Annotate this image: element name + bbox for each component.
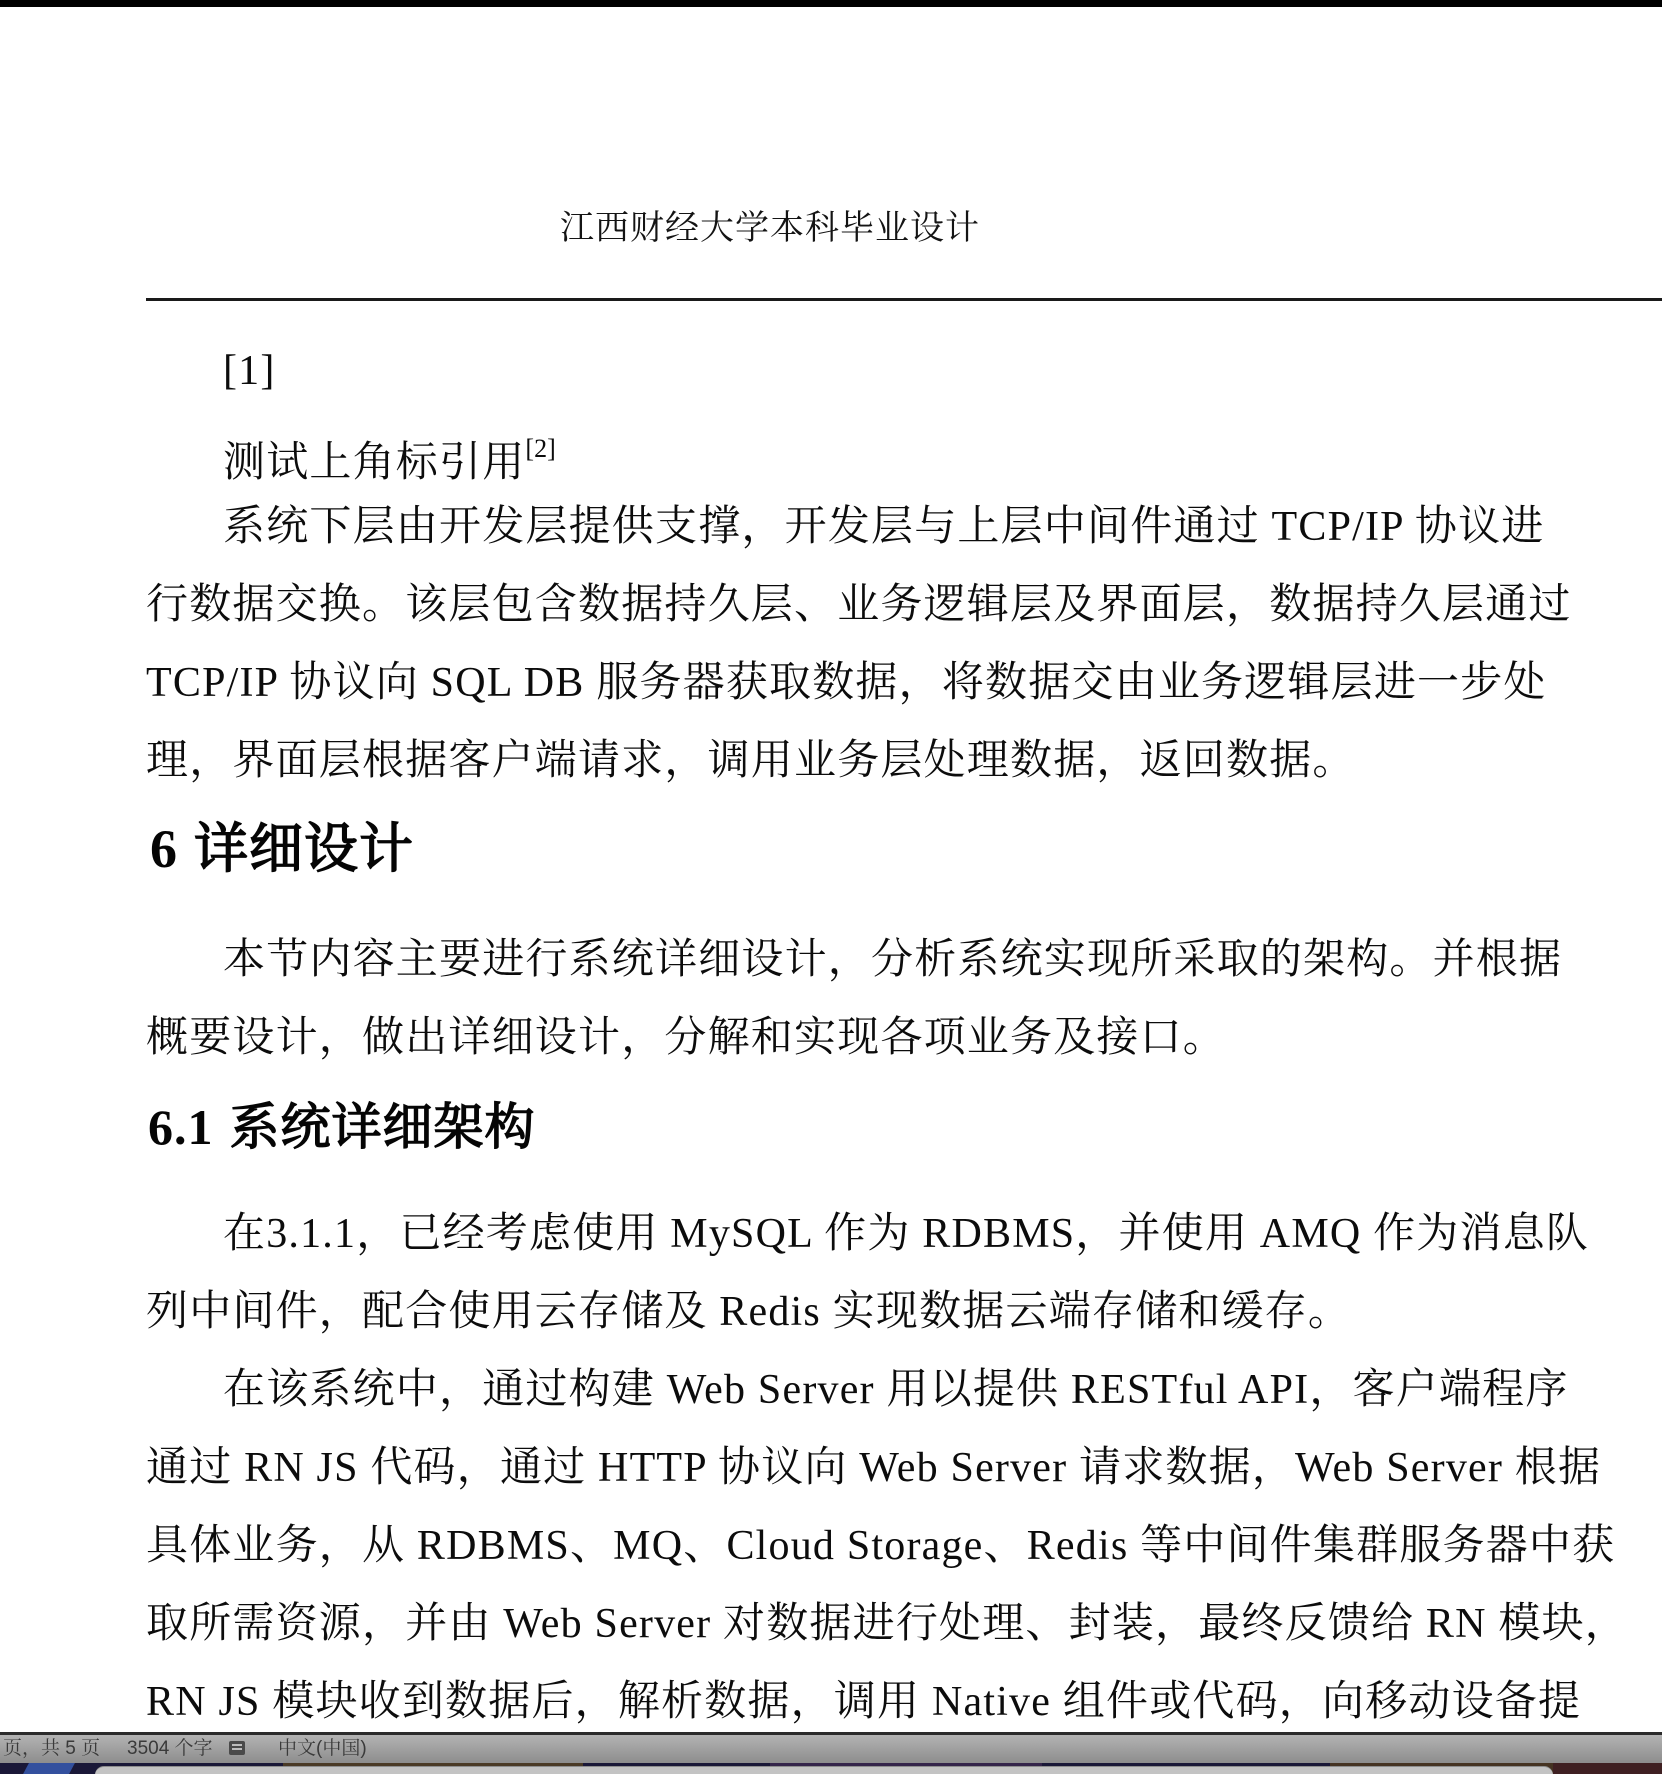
document-page: 江西财经大学本科毕业设计 [1] 测试上角标引用[2] 系统下层由开发层提供支撑… [0,7,1662,1733]
body-line: 本节内容主要进行系统详细设计，分析系统实现所采取的架构。并根据 [146,921,1657,999]
body-line: 在该系统中，通过构建 Web Server 用以提供 RESTful API，客… [146,1351,1657,1429]
section-heading-6-1-title: 系统详细架构 [230,1099,536,1155]
body-line: 概要设计，做出详细设计，分解和实现各项业务及接口。 [146,999,1580,1077]
header-rule [146,298,1662,301]
section-heading-6-1-number: 6.1 [148,1085,214,1169]
body-line: 取所需资源，并由 Web Server 对数据进行处理、封装，最终反馈给 RN … [146,1585,1580,1663]
background-window-top [95,1766,1553,1774]
section-heading-6-number: 6 [150,807,178,891]
body-line: 行数据交换。该层包含数据持久层、业务逻辑层及界面层，数据持久层通过 [146,566,1580,644]
body-line: 通过 RN JS 代码，通过 HTTP 协议向 Web Server 请求数据，… [146,1429,1580,1507]
section-heading-6-title: 详细设计 [194,819,414,879]
proofing-icon[interactable] [229,1741,245,1755]
status-bar: 页，共 5 页 3504 个字 中文(中国) [0,1735,1662,1764]
superscript-line-text: 测试上角标引用 [223,440,525,486]
section-heading-6: 6详细设计 [150,807,1584,891]
page-header-title: 江西财经大学本科毕业设计 [560,204,980,254]
body-line: TCP/IP 协议向 SQL DB 服务器获取数据，将数据交由业务逻辑层进一步处 [146,644,1580,722]
body-line: 理，界面层根据客户端请求，调用业务层处理数据，返回数据。 [146,722,1580,800]
body-line: RN JS 模块收到数据后，解析数据，调用 Native 组件或代码，向移动设备… [146,1663,1580,1741]
status-page-count[interactable]: 页，共 5 页 [3,1735,100,1762]
section-heading-6-1: 6.1系统详细架构 [148,1085,1582,1169]
body-line: 系统下层由开发层提供支撑，开发层与上层中间件通过 TCP/IP 协议进 [146,488,1657,566]
wallpaper-fragment [23,1763,75,1774]
background-app-fragment [1553,1763,1662,1774]
status-language[interactable]: 中文(中国) [278,1735,367,1762]
body-line: 具体业务，从 RDBMS、MQ、Cloud Storage、Redis 等中间件… [146,1507,1580,1585]
body-line: 在3.1.1，已经考虑使用 MySQL 作为 RDBMS，并使用 AMQ 作为消… [146,1195,1657,1273]
superscript-citation: [2] [525,434,555,463]
status-word-count[interactable]: 3504 个字 [127,1735,213,1762]
taskbar-strip [0,1763,1662,1774]
screen-top-edge [0,0,1662,7]
citation-line: [1] [146,332,1657,410]
body-line: 列中间件，配合使用云存储及 Redis 实现数据云端存储和缓存。 [146,1273,1580,1351]
